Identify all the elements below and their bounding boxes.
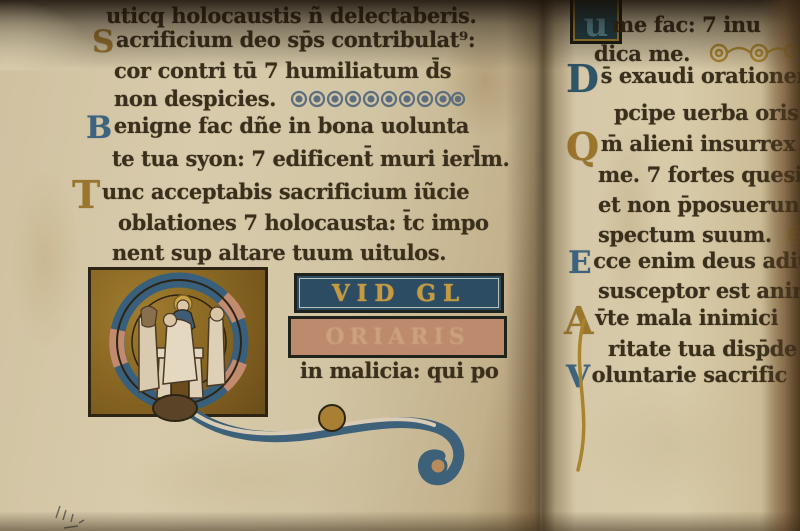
text-line: ritate tua disp̄de <box>608 338 797 359</box>
text-line: Tunc acceptabis sacrificium iũcie <box>72 176 469 214</box>
versal-initial-Q: Q <box>566 128 599 166</box>
parchment-stain <box>10 170 80 350</box>
scroll-line-filler-icon <box>289 88 467 110</box>
text-line: oblationes 7 holocausta: t̄c impo <box>118 212 489 233</box>
text-line: me. 7 fortes quesier <box>598 164 800 185</box>
text-line: Sacrificium deo sp̄s contribulat⁹: <box>92 27 475 58</box>
gold-flourish-icon <box>785 225 800 245</box>
text-line: te tua syon: 7 edificent̄ muri ierl̄m. <box>112 148 509 169</box>
text-line: spectum suum. <box>598 224 800 245</box>
banner-text-faded: ORIARIS <box>325 324 469 350</box>
text-line: nent sup altare tuum uitulos. <box>112 242 446 263</box>
versal-initial-E: E <box>568 248 591 279</box>
text-line: cor contri tū 7 humiliatum d̄s <box>114 60 451 81</box>
text-line: Ds̄ exaudi orationem <box>566 60 800 98</box>
q-tail-flourish-icon <box>120 380 540 510</box>
text-line: me fac: 7 inu <box>612 14 761 35</box>
text-line: Benigne fac dñe in bona uolunta <box>86 113 469 144</box>
text-line: et non p̄posuerunt <box>598 194 800 215</box>
text-line: Ecce enim deus adiu <box>568 248 800 279</box>
text-line: uticq holocaustis ñ delectaberis. <box>106 5 476 26</box>
text-line: Qm̄ alieni insurrex <box>566 128 795 166</box>
versal-initial-B: B <box>86 113 112 144</box>
text-line: in malicia: qui po <box>300 360 499 381</box>
banner-text: VID GL <box>332 280 466 307</box>
text-line: susceptor est anim <box>598 280 800 301</box>
ink-scribble-icon <box>48 488 108 528</box>
versal-initial-S: S <box>92 27 114 58</box>
text-line: pcipe uerba oris m <box>614 102 800 123</box>
text-line: non despicies. <box>114 88 467 110</box>
versal-initial-D: D <box>566 60 599 98</box>
title-banner-blue: VID GL <box>294 273 504 313</box>
a-descender-flourish-icon <box>556 320 616 480</box>
versal-initial-T: T <box>72 176 100 214</box>
title-banner-pink: ORIARIS <box>288 316 507 358</box>
manuscript-photo: uticq holocaustis ñ delectaberis. Sacrif… <box>0 0 800 531</box>
